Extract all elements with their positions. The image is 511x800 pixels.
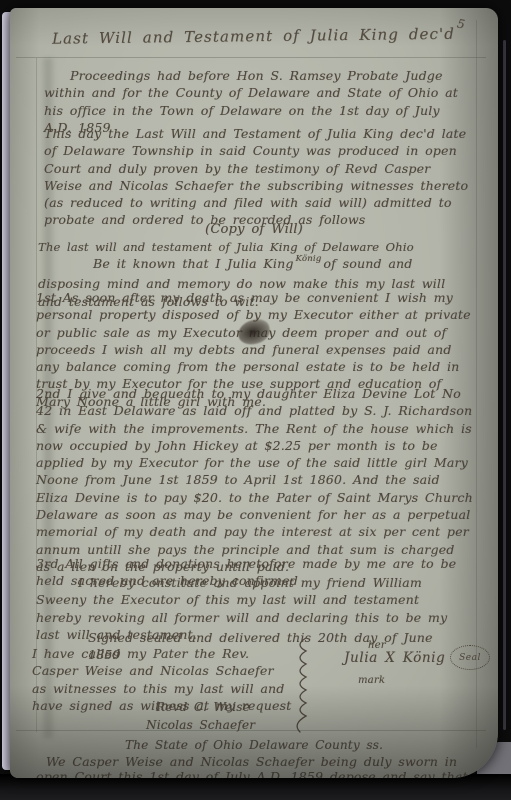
- brace-mark: [290, 636, 316, 738]
- ledger-page: 5 Last Will and Testament of Julia King …: [10, 8, 498, 778]
- testator-mark-label: mark: [358, 672, 385, 689]
- witness-note-line: Casper Weise and Nicolas Schaefer: [32, 662, 300, 679]
- will-title-line: The last will and testament of Julia Kin…: [38, 239, 414, 256]
- oath-heading: The State of Ohio Delaware County ss.: [10, 737, 498, 754]
- probate-entry-paragraph: This day the Last Will and Testament of …: [44, 125, 470, 229]
- seal-stamp: Seal: [450, 645, 490, 670]
- testator-signature: Julia X König: [344, 650, 445, 667]
- scanned-document-view: 5 Last Will and Testament of Julia King …: [0, 0, 511, 800]
- book-edge-line: [503, 40, 506, 730]
- witness-signature-1: Revd C. Weise: [156, 699, 250, 716]
- witness-signature-2: Nicolas Schaefer: [146, 717, 255, 734]
- declaration-part1: Be it known that I Julia King: [93, 256, 294, 271]
- oath-line-2: open Court this 1st day of July A.D. 185…: [36, 768, 476, 778]
- frame-line-right: [476, 20, 477, 748]
- document-title: Last Will and Testament of Julia King de…: [52, 25, 482, 48]
- witness-note-line: as witnesses to this my last will and: [32, 680, 300, 697]
- copy-of-will-heading: (Copy of Will): [10, 221, 498, 238]
- frame-line-top: [16, 57, 486, 58]
- declaration-interlineation: König: [296, 254, 322, 264]
- will-item-2: 2nd I give and bequeath to my daughter E…: [36, 385, 474, 575]
- seal-label: Seal: [459, 653, 481, 663]
- witness-note-line: I have called my Pater the Rev.: [32, 645, 300, 662]
